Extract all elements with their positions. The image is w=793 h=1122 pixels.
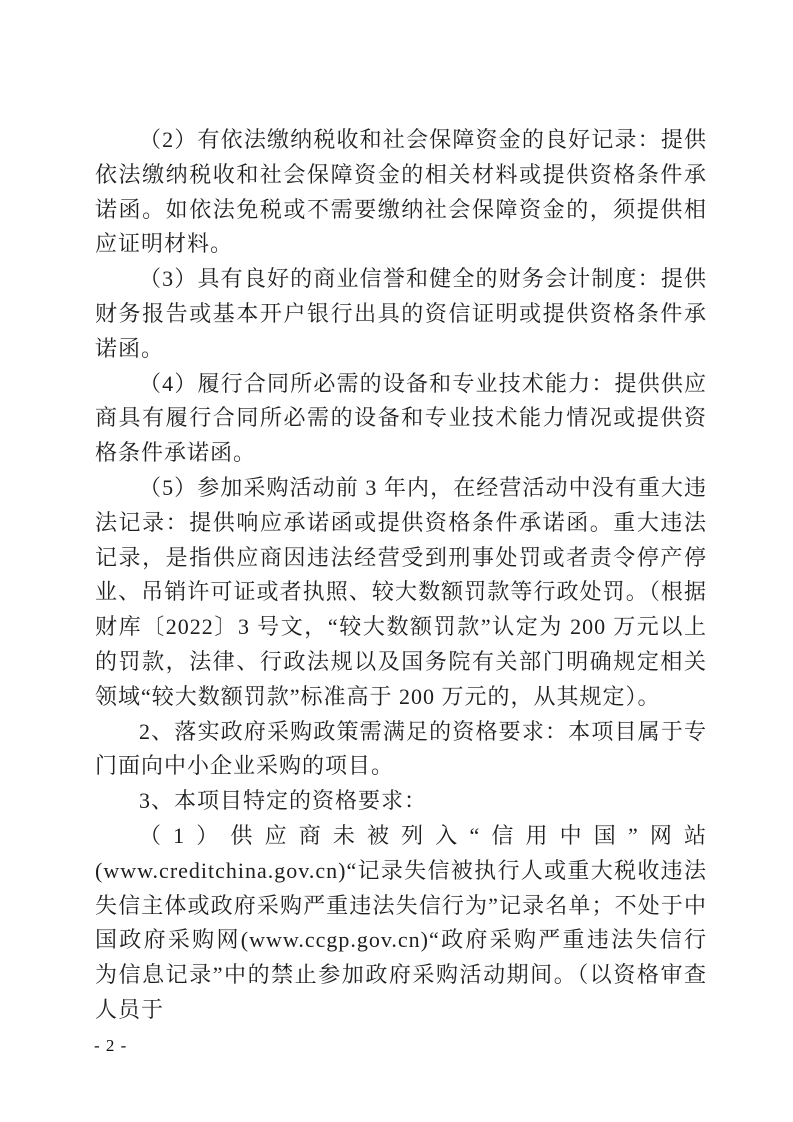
paragraph-credit-china-blacklist: （1）供应商未被列入“信用中国”网站(www.creditchina.gov.c… xyxy=(95,819,707,1028)
paragraph-equipment-technical-capability: （4）履行合同所必需的设备和专业技术能力：提供供应商具有履行合同所必需的设备和专… xyxy=(95,367,707,471)
paragraph-commercial-reputation-finance: （3）具有良好的商业信誉和健全的财务会计制度：提供财务报告或基本开户银行出具的资… xyxy=(95,262,707,366)
page-number: - 2 - xyxy=(94,1036,127,1056)
paragraph-tax-social-security-record: （2）有依法缴纳税收和社会保障资金的良好记录：提供依法缴纳税收和社会保障资金的相… xyxy=(95,123,707,262)
document-content: （2）有依法缴纳税收和社会保障资金的良好记录：提供依法缴纳税收和社会保障资金的相… xyxy=(95,123,707,1028)
document-page: （2）有依法缴纳税收和社会保障资金的良好记录：提供依法缴纳税收和社会保障资金的相… xyxy=(0,0,793,1122)
paragraph-no-major-violation-record: （5）参加采购活动前 3 年内，在经营活动中没有重大违法记录：提供响应承诺函或提… xyxy=(95,471,707,715)
paragraph-procurement-policy-requirement: 2、落实政府采购政策需满足的资格要求：本项目属于专门面向中小企业采购的项目。 xyxy=(95,715,707,785)
paragraph-specific-qualification-heading: 3、本项目特定的资格要求： xyxy=(95,784,707,819)
